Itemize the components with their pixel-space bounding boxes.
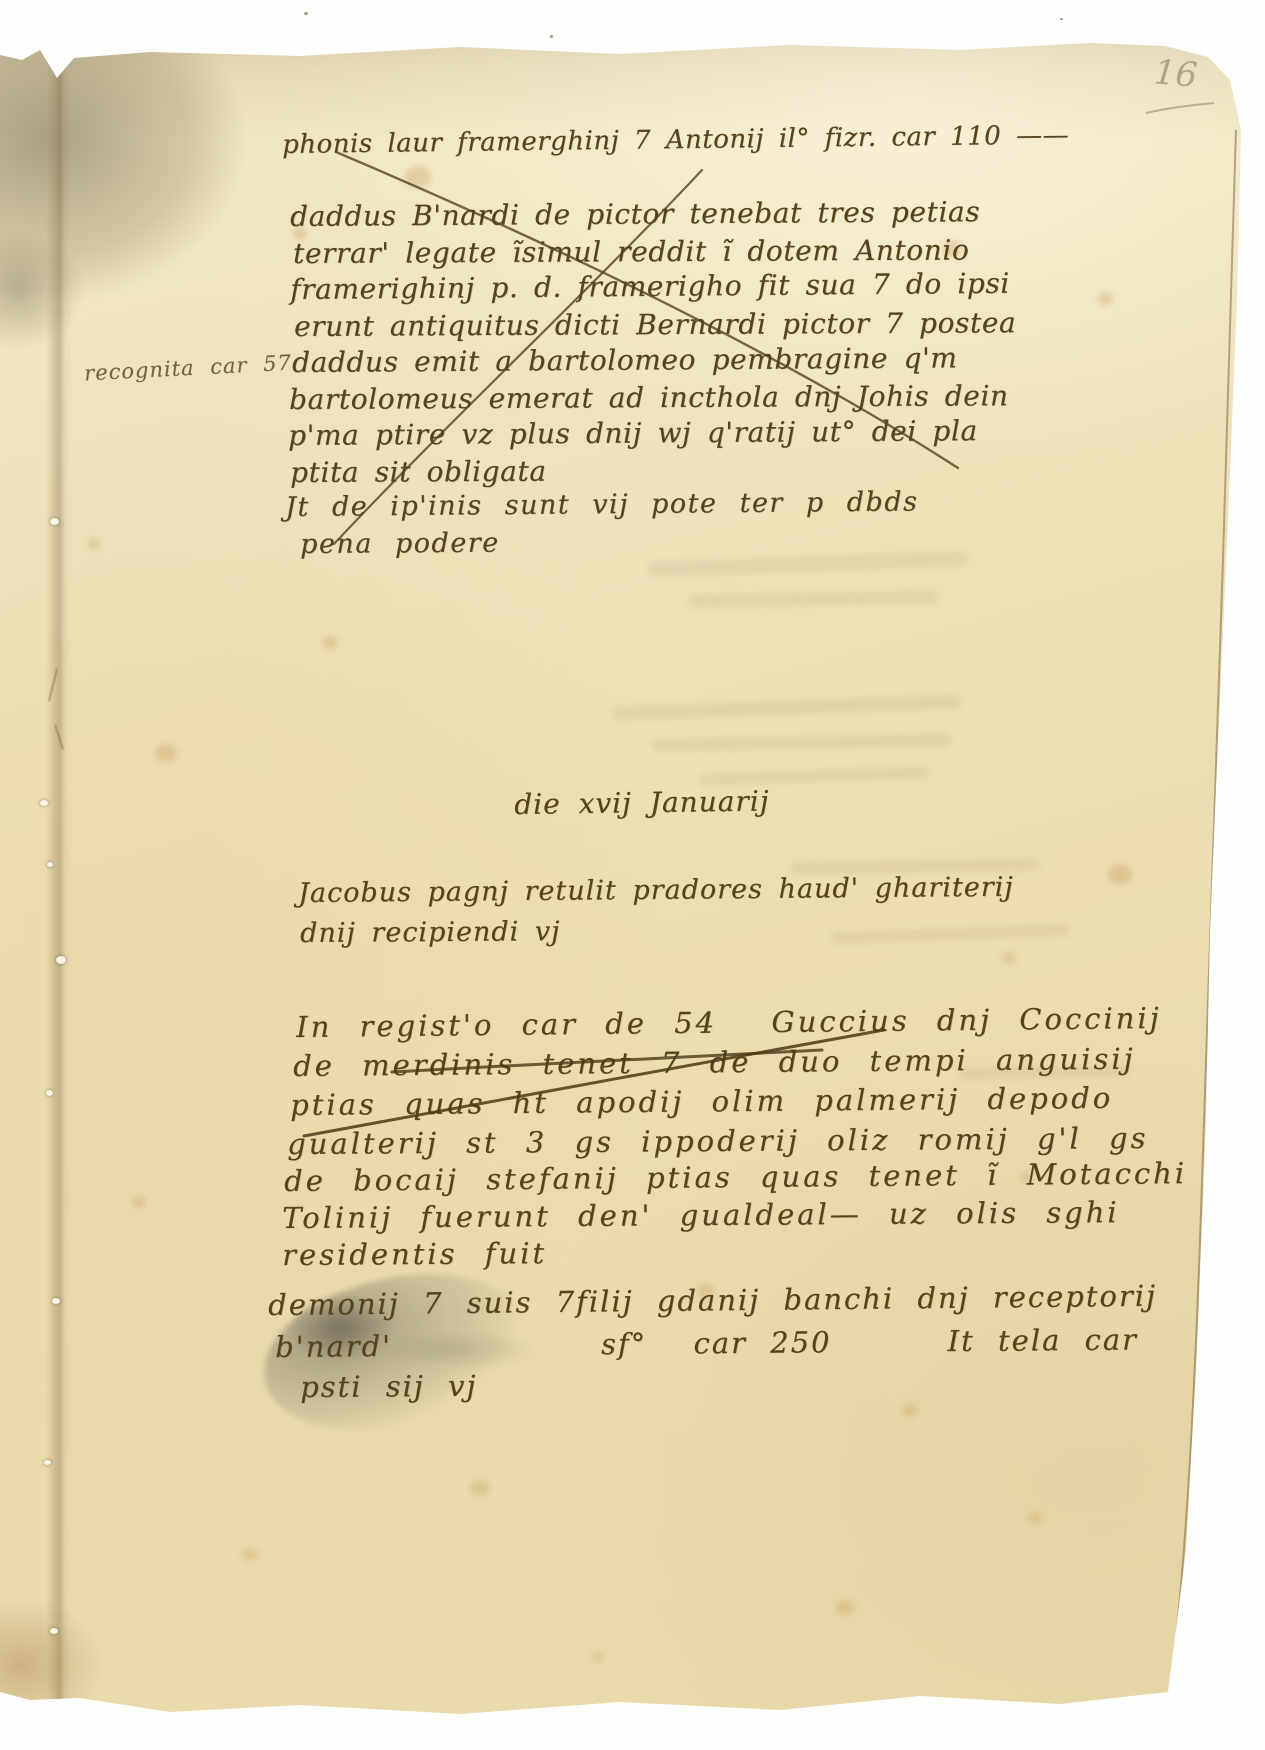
page-edge-line (1170, 130, 1236, 1690)
stain (902, 1404, 918, 1417)
manuscript-line: Jt de ip'inis sunt vij pote ter p dbds (285, 486, 919, 523)
sewing-hole (50, 1628, 58, 1634)
paper-speck (550, 35, 553, 38)
stain (836, 1600, 854, 1615)
gutter-fold (46, 48, 72, 1703)
manuscript-line: ptita sit obligata (290, 455, 547, 489)
sewing-hole (52, 1298, 60, 1304)
show-through-mark (612, 694, 962, 721)
stain (1097, 292, 1113, 306)
stain (592, 1652, 604, 1662)
stain (88, 538, 100, 549)
entry-heading: phonis laur framerghinj 7 Antonij il° fi… (282, 120, 1069, 160)
manuscript-line: psti sij vj (300, 1369, 478, 1404)
manuscript-line: daddus B'nardi de pictor tenebat tres pe… (290, 195, 980, 233)
folio-number: 16 (1152, 52, 1199, 96)
manuscript-line: framerighinj p. d. framerigho fit sua 7 … (290, 267, 1010, 306)
manuscript-line: daddus emit a bartolomeo pembragine q'm (292, 341, 958, 379)
stain (1028, 1512, 1042, 1524)
manuscript-line: ptias quas ht apodij olim palmerij depod… (290, 1081, 1113, 1122)
manuscript-page: phonis laur framerghinj 7 Antonij il° fi… (0, 0, 1265, 1750)
stain (155, 744, 177, 762)
stain (1002, 952, 1016, 964)
sewing-hole (56, 956, 66, 964)
show-through-mark (688, 590, 938, 608)
stain (470, 1480, 490, 1496)
manuscript-line: terrar' legate ĩsimul reddit ĩ dotem Ant… (293, 233, 969, 270)
manuscript-line: dnij recipiendi vj (300, 916, 561, 949)
paper-speck (1060, 18, 1063, 20)
show-through-mark (652, 733, 952, 751)
sewing-hole (46, 1090, 53, 1096)
manuscript-line: p'ma ptire vz plus dnij wj q'ratij ut° d… (288, 414, 978, 452)
manuscript-line: Tolinij fuerunt den' gualdeal— uz olis s… (282, 1195, 1120, 1235)
manuscript-line: de bocaij stefanij ptias quas tenet ĩ Mo… (284, 1156, 1187, 1198)
date-heading: die xvij Januarij (514, 784, 770, 821)
pencil-stroke (1146, 103, 1214, 113)
manuscript-line: In regist'o car de 54 Guccius dnj Coccin… (296, 1001, 1162, 1044)
stain (242, 1548, 258, 1561)
stain (405, 166, 431, 188)
margin-note: recognita car 57 (84, 351, 293, 386)
stain (322, 636, 338, 649)
manuscript-line: residentis fuit (282, 1236, 547, 1272)
stain (1108, 864, 1132, 884)
show-through-mark (830, 924, 1070, 944)
manuscript-line: erunt antiquitus dicti Bernardi pictor 7… (294, 306, 1016, 343)
stain (132, 1196, 146, 1208)
show-through-mark (700, 766, 930, 786)
sewing-hole (50, 518, 59, 525)
sewing-hole (44, 1460, 51, 1465)
scan-background: phonis laur framerghinj 7 Antonij il° fi… (0, 0, 1265, 1750)
manuscript-line: pena podere (300, 528, 500, 560)
manuscript-line: b'nard' sf° car 250 It tela car (275, 1322, 1138, 1364)
sewing-hole (40, 800, 48, 806)
manuscript-line: bartolomeus emerat ad incthola dnj Johis… (289, 379, 1009, 416)
manuscript-line: gualterij st 3 gs ippoderij oliz romij g… (287, 1121, 1148, 1161)
paper-speck (304, 12, 308, 15)
sewing-hole (47, 862, 53, 867)
manuscript-line: Jacobus pagnj retulit pradores haud' gha… (298, 872, 1014, 909)
show-through-mark (648, 550, 968, 577)
